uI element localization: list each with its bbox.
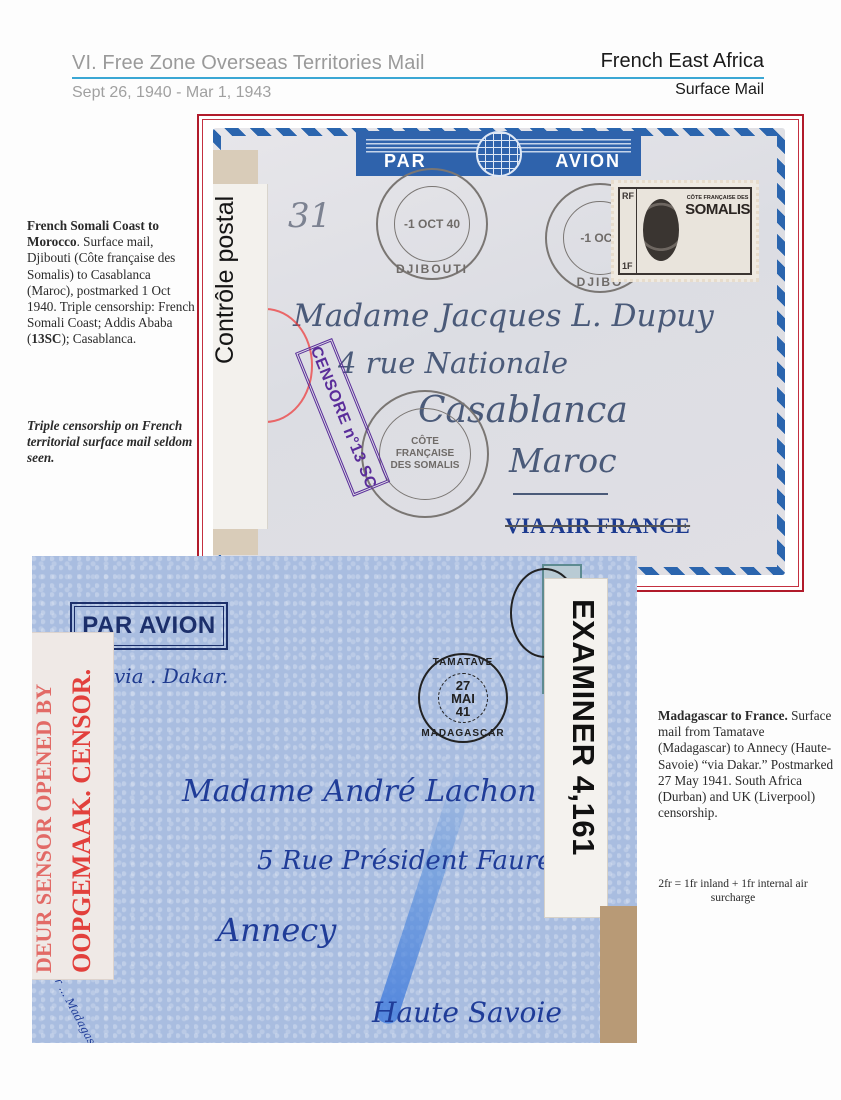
- address-underline: [513, 493, 608, 495]
- djibouti-postmark: -1 OCT 40 DJIBOUTI: [376, 168, 488, 280]
- cover2-caption-title: Madagascar to France.: [658, 708, 788, 723]
- cover1-censor-code: 13SC: [31, 331, 61, 346]
- date-range: Sept 26, 1940 - Mar 1, 1943: [72, 84, 271, 102]
- portrait-icon: [643, 199, 679, 261]
- postmark-year: 41: [456, 705, 470, 718]
- sa-tape-line2: OOPGEMAAK. CENSOR.: [67, 669, 97, 973]
- region-title: French East Africa: [601, 50, 764, 73]
- address-line-3: Annecy: [217, 911, 336, 949]
- postmark-month: MAI: [451, 692, 475, 705]
- globe-icon: [476, 131, 522, 177]
- sa-tape-line1: DEUR SENSOR OPENED BY: [32, 684, 57, 973]
- examiner-text: EXAMINER 4,161: [565, 599, 601, 856]
- avion-text: AVION: [555, 151, 621, 172]
- cover1-note: Triple censorship on French territorial …: [27, 418, 197, 467]
- via-air-france-label: VIA AIR FRANCE: [505, 513, 690, 539]
- address-line-4: Maroc: [509, 441, 617, 480]
- postmark-town: TAMATAVE: [420, 657, 506, 668]
- via-dakar-note: via . Dakar.: [114, 664, 228, 688]
- cover2-envelope[interactable]: PAR AVION via . Dakar. TAMATAVE 27 MAI 4…: [32, 556, 637, 1043]
- address-line-2: 4 rue Nationale: [338, 346, 568, 380]
- header-rule: [72, 77, 764, 79]
- control-mark-text: CÔTE FRANÇAISE DES SOMALIS: [379, 408, 471, 500]
- cover1-caption-end: ); Casablanca.: [61, 331, 136, 346]
- address-line-1: Madame André Lachon: [182, 774, 537, 809]
- south-africa-censor-tape: DEUR SENSOR OPENED BY OOPGEMAAK. CENSOR.: [32, 632, 114, 980]
- address-line-2: 5 Rue Président Faure: [257, 846, 553, 876]
- postmark-town: DJIBOUTI: [378, 262, 486, 276]
- somali-stamp: RF1F CÔTE FRANÇAISE DES SOMALIS: [611, 180, 759, 282]
- section-title: VI. Free Zone Overseas Territories Mail: [72, 52, 425, 75]
- cover2-caption: Madagascar to France. Surface mail from …: [658, 708, 838, 821]
- mail-type: Surface Mail: [675, 81, 764, 99]
- par-avion-label: PAR AVION: [356, 131, 641, 176]
- cover1-envelope[interactable]: PAR AVION 31 -1 OCT 40 DJIBOUTI -1 OCT D…: [213, 128, 785, 575]
- tan-flap: [600, 906, 637, 1043]
- controle-postal-tape: Contrôle postal: [213, 184, 268, 529]
- address-line-4: Haute Savoie: [372, 996, 562, 1029]
- stamp-country: SOMALIS: [685, 201, 750, 218]
- uk-examiner-tape: EXAMINER 4,161: [544, 578, 608, 918]
- postmark-date: -1 OCT 40: [394, 186, 470, 262]
- postmark-country: MADAGASCAR: [420, 728, 506, 739]
- control-postmark: CÔTE FRANÇAISE DES SOMALIS: [361, 390, 489, 518]
- cover1-caption-body: . Surface mail, Djibouti (Côte française…: [27, 234, 195, 346]
- stamp-rf: RF: [622, 191, 634, 201]
- cover2-caption-body: Surface mail from Tamatave (Madagascar) …: [658, 708, 833, 820]
- stamp-value: 1F: [622, 261, 634, 271]
- cover2-rate-note: 2fr = 1fr inland + 1fr internal air surc…: [658, 877, 808, 905]
- controle-postal-text: Contrôle postal: [213, 196, 240, 364]
- address-line-1: Madame Jacques L. Dupuy: [293, 298, 714, 334]
- tamatave-postmark: TAMATAVE 27 MAI 41 MADAGASCAR: [418, 653, 508, 743]
- postmark-day: 27: [456, 679, 470, 692]
- cover1-caption: French Somali Coast to Morocco. Surface …: [27, 218, 197, 348]
- pencil-mark: 31: [288, 196, 331, 236]
